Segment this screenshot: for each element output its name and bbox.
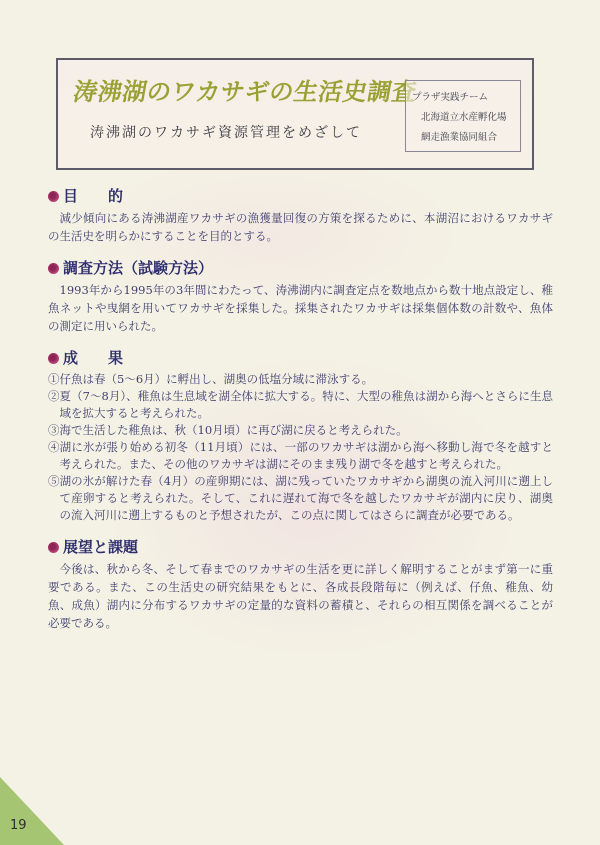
result-item-5: ⑤湖の氷が解けた春（4月）の産卵期には、湖に残っていたワカサギから湖奥の流入河川… [48,473,553,524]
corner-triangle [0,777,64,845]
magenta-bullet-icon [48,353,59,364]
magenta-bullet-icon [48,263,59,274]
team-member-1: 北海道立水産孵化場 [412,108,520,128]
document-body: 目 的 減少傾向にある涛沸湖産ワカサギの漁獲量回復の方策を探るために、本湖沼にお… [48,186,553,645]
scanned-document-page: 涛沸湖のワカサギの生活史調査 涛沸湖のワカサギ資源管理をめざして プラザ実践チー… [0,0,600,845]
page-number: 19 [10,818,27,833]
section-outlook-heading: 展望と課題 [48,537,553,557]
page-subtitle: 涛沸湖のワカサギ資源管理をめざして [90,122,362,142]
section-purpose-heading: 目 的 [48,186,553,206]
section-heading-label: 調査方法（試験方法） [63,258,213,278]
section-method: 調査方法（試験方法） 1993年から1995年の3年間にわたって、涛沸湖内に調査… [48,258,553,335]
team-credit-box: プラザ実践チーム 北海道立水産孵化場 網走漁業協同組合 [405,80,521,152]
page-title: 涛沸湖のワカサギの生活史調査 [71,72,420,107]
section-method-heading: 調査方法（試験方法） [48,258,553,278]
section-outlook: 展望と課題 今後は、秋から冬、そして春までのワカサギの生活を更に詳しく解明するこ… [48,537,553,632]
result-item-1: ①仔魚は春（5～6月）に孵出し、湖奥の低塩分域に滞泳する。 [48,371,553,388]
title-box: 涛沸湖のワカサギの生活史調査 涛沸湖のワカサギ資源管理をめざして プラザ実践チー… [56,58,534,170]
section-results-heading: 成 果 [48,348,553,368]
team-member-2: 網走漁業協同組合 [412,128,520,148]
purpose-paragraph: 減少傾向にある涛沸湖産ワカサギの漁獲量回復の方策を探るために、本湖沼におけるワカ… [48,209,553,245]
section-heading-label: 展望と課題 [63,537,138,557]
result-item-4: ④湖に氷が張り始める初冬（11月頃）には、一部のワカサギは湖から海へ移動し海で冬… [48,439,553,473]
method-paragraph: 1993年から1995年の3年間にわたって、涛沸湖内に調査定点を数地点から数十地… [48,281,553,335]
result-item-3: ③海で生活した稚魚は、秋（10月頃）に再び湖に戻ると考えられた。 [48,422,553,439]
result-item-2: ②夏（7～8月）、稚魚は生息域を湖全体に拡大する。特に、大型の稚魚は湖から海へと… [48,388,553,422]
section-purpose: 目 的 減少傾向にある涛沸湖産ワカサギの漁獲量回復の方策を探るために、本湖沼にお… [48,186,553,245]
outlook-paragraph: 今後は、秋から冬、そして春までのワカサギの生活を更に詳しく解明することがまず第一… [48,560,553,632]
section-heading-label: 成 果 [63,348,123,368]
section-results: 成 果 ①仔魚は春（5～6月）に孵出し、湖奥の低塩分域に滞泳する。 ②夏（7～8… [48,348,553,524]
magenta-bullet-icon [48,191,59,202]
magenta-bullet-icon [48,542,59,553]
results-list: ①仔魚は春（5～6月）に孵出し、湖奥の低塩分域に滞泳する。 ②夏（7～8月）、稚… [48,371,553,524]
team-name: プラザ実践チーム [412,88,520,108]
section-heading-label: 目 的 [63,186,123,206]
